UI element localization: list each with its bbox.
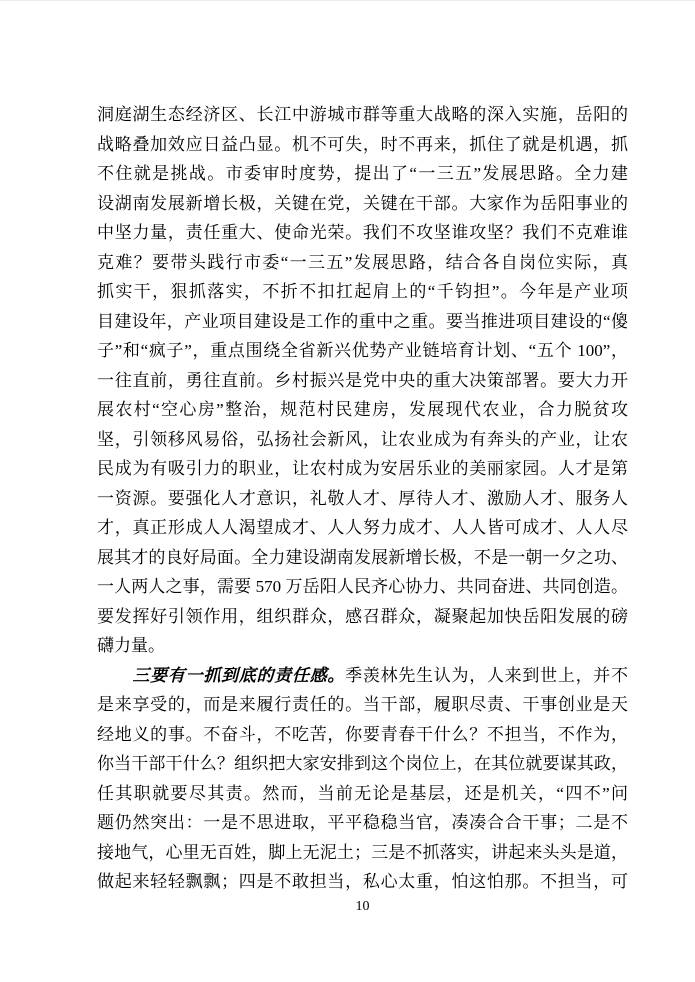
- text-run: 中坚力量，责任重大、使命光荣。我们不攻坚谁攻坚？我们不克难谁: [97, 223, 628, 242]
- text-run: 抓实干，狠抓落实，不折不扣扛起肩上的“千钧担”。今年是产业项: [97, 282, 628, 301]
- text-line: 子”和“疯子”，重点围绕全省新兴优势产业链培育计划、“五个 100”，: [97, 336, 628, 366]
- text-run: 题仍然突出：一是不思进取，平平稳稳当官，凑凑合合干事；二是不: [97, 813, 628, 832]
- text-line: 礴力量。: [97, 631, 628, 661]
- text-line: 中坚力量，责任重大、使命光荣。我们不攻坚谁攻坚？我们不克难谁: [97, 218, 628, 248]
- text-line: 设湖南发展新增长极，关键在党，关键在干部。大家作为岳阳事业的: [97, 189, 628, 219]
- text-run: 民成为有吸引力的职业，让农村成为安居乐业的美丽家园。人才是第: [97, 459, 628, 478]
- text-run: 接地气，心里无百姓，脚上无泥土；三是不抓落实，讲起来头头是道，: [97, 843, 628, 862]
- text-run: 展其才的良好局面。全力建设湖南发展新增长极，不是一朝一夕之功、: [97, 548, 628, 567]
- text-run: 战略叠加效应日益凸显。机不可失，时不再来，抓住了就是机遇，抓: [97, 135, 628, 154]
- text-run: 洞庭湖生态经济区、长江中游城市群等重大战略的深入实施，岳阳的: [97, 105, 628, 124]
- text-run: 才，真正形成人人渴望成才、人人努力成才、人人皆可成才、人人尽: [97, 518, 628, 537]
- text-run: 子”和“疯子”，重点围绕全省新兴优势产业链培育计划、“五个 100”，: [97, 341, 628, 360]
- text-line: 一资源。要强化人才意识，礼敬人才、厚待人才、激励人才、服务人: [97, 484, 628, 514]
- text-line: 民成为有吸引力的职业，让农村成为安居乐业的美丽家园。人才是第: [97, 454, 628, 484]
- text-run: 一往直前，勇往直前。乡村振兴是党中央的重大决策部署。要大力开: [97, 371, 628, 390]
- page-number: 10: [97, 897, 628, 917]
- text-line: 经地义的事。不奋斗，不吃苦，你要青春干什么？不担当，不作为，: [97, 720, 628, 750]
- text-run: 季羡林先生认为，人来到世上，并不: [345, 666, 628, 685]
- text-line: 题仍然突出：一是不思进取，平平稳稳当官，凑凑合合干事；二是不: [97, 808, 628, 838]
- text-line: 才，真正形成人人渴望成才、人人努力成才、人人皆可成才、人人尽: [97, 513, 628, 543]
- text-line: 是来享受的，而是来履行责任的。当干部，履职尽责、干事创业是天: [97, 690, 628, 720]
- text-run: 做起来轻轻飘飘；四是不敢担当，私心太重，怕这怕那。不担当，可: [97, 872, 628, 891]
- text-run: 要发挥好引领作用，组织群众，感召群众，凝聚起加快岳阳发展的磅: [97, 607, 628, 626]
- text-line: 目建设年，产业项目建设是工作的重中之重。要当推进项目建设的“傻: [97, 307, 628, 337]
- text-line: 要发挥好引领作用，组织群众，感召群众，凝聚起加快岳阳发展的磅: [97, 602, 628, 632]
- text-line: 坚，引领移风易俗，弘扬社会新风，让农业成为有奔头的产业，让农: [97, 425, 628, 455]
- emphasis-run: 三要有一抓到底的责任感。: [132, 666, 345, 685]
- document-body: 洞庭湖生态经济区、长江中游城市群等重大战略的深入实施，岳阳的战略叠加效应日益凸显…: [97, 100, 628, 897]
- text-line: 战略叠加效应日益凸显。机不可失，时不再来，抓住了就是机遇，抓: [97, 130, 628, 160]
- text-run: 任其职就要尽其责。然而，当前无论是基层，还是机关，“四不”问: [97, 784, 628, 803]
- text-run: 克难？要带头践行市委“一三五”发展思路，结合各自岗位实际，真: [97, 253, 628, 272]
- text-line: 克难？要带头践行市委“一三五”发展思路，结合各自岗位实际，真: [97, 248, 628, 278]
- text-line: 不住就是挑战。市委审时度势，提出了“一三五”发展思路。全力建: [97, 159, 628, 189]
- text-run: 礴力量。: [97, 636, 165, 655]
- text-line: 做起来轻轻飘飘；四是不敢担当，私心太重，怕这怕那。不担当，可: [97, 867, 628, 897]
- text-run: 是来享受的，而是来履行责任的。当干部，履职尽责、干事创业是天: [97, 695, 628, 714]
- text-line: 抓实干，狠抓落实，不折不扣扛起肩上的“千钧担”。今年是产业项: [97, 277, 628, 307]
- text-run: 展农村“空心房”整治，规范村民建房，发展现代农业，合力脱贫攻: [97, 400, 628, 419]
- text-line: 一人两人之事，需要 570 万岳阳人民齐心协力、共同奋进、共同创造。: [97, 572, 628, 602]
- text-run: 目建设年，产业项目建设是工作的重中之重。要当推进项目建设的“傻: [97, 312, 628, 331]
- text-run: 一资源。要强化人才意识，礼敬人才、厚待人才、激励人才、服务人: [97, 489, 628, 508]
- text-line: 接地气，心里无百姓，脚上无泥土；三是不抓落实，讲起来头头是道，: [97, 838, 628, 868]
- text-run: 不住就是挑战。市委审时度势，提出了“一三五”发展思路。全力建: [97, 164, 628, 183]
- text-run: 一人两人之事，需要 570 万岳阳人民齐心协力、共同奋进、共同创造。: [97, 577, 628, 596]
- text-line: 你当干部干什么？组织把大家安排到这个岗位上，在其位就要谋其政，: [97, 749, 628, 779]
- text-line: 洞庭湖生态经济区、长江中游城市群等重大战略的深入实施，岳阳的: [97, 100, 628, 130]
- text-run: 你当干部干什么？组织把大家安排到这个岗位上，在其位就要谋其政，: [97, 754, 628, 773]
- text-run: 设湖南发展新增长极，关键在党，关键在干部。大家作为岳阳事业的: [97, 194, 628, 213]
- text-line: 三要有一抓到底的责任感。季羡林先生认为，人来到世上，并不: [97, 661, 628, 691]
- document-page: 洞庭湖生态经济区、长江中游城市群等重大战略的深入实施，岳阳的战略叠加效应日益凸显…: [0, 0, 695, 982]
- text-line: 任其职就要尽其责。然而，当前无论是基层，还是机关，“四不”问: [97, 779, 628, 809]
- text-run: 坚，引领移风易俗，弘扬社会新风，让农业成为有奔头的产业，让农: [97, 430, 628, 449]
- text-line: 展农村“空心房”整治，规范村民建房，发展现代农业，合力脱贫攻: [97, 395, 628, 425]
- text-line: 展其才的良好局面。全力建设湖南发展新增长极，不是一朝一夕之功、: [97, 543, 628, 573]
- text-run: 经地义的事。不奋斗，不吃苦，你要青春干什么？不担当，不作为，: [97, 725, 628, 744]
- text-line: 一往直前，勇往直前。乡村振兴是党中央的重大决策部署。要大力开: [97, 366, 628, 396]
- text-run: [97, 666, 132, 685]
